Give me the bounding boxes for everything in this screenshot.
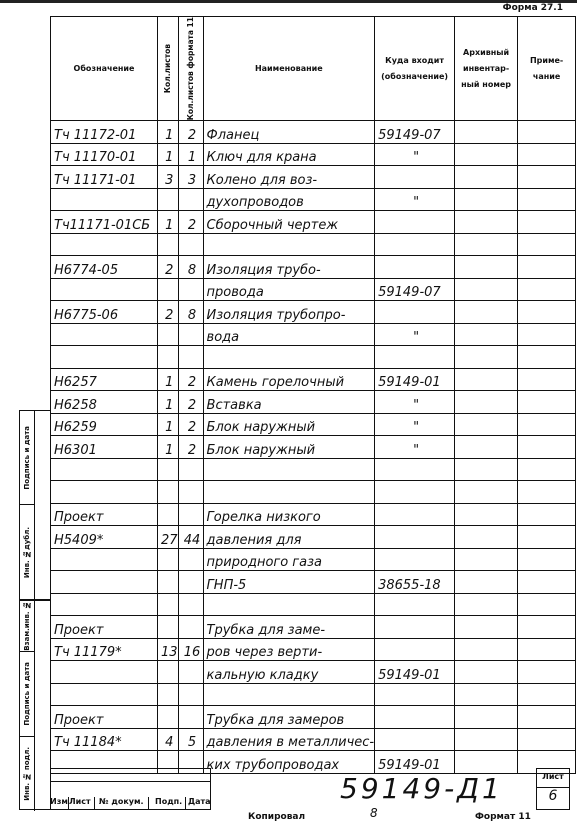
cell-designation — [51, 571, 158, 594]
side-label-replace-inv: Взам.инв. № — [20, 601, 35, 651]
cell-where-used — [375, 683, 455, 706]
cell-name — [203, 233, 375, 256]
table-row: Н6775-0628Изоляция трубопро- — [51, 301, 576, 324]
cell-format-sheets — [178, 458, 203, 481]
table-row: Тч 11172-0112Фланец59149-07 — [51, 121, 576, 144]
cell-sheets — [158, 278, 179, 301]
table-row: Н625812Вставка" — [51, 391, 576, 414]
table-row: ПроектГорелка низкого — [51, 503, 576, 526]
cell-sheets — [158, 683, 179, 706]
cell-designation: Проект — [51, 503, 158, 526]
cell-designation — [51, 346, 158, 369]
cell-name — [203, 683, 375, 706]
cell-designation — [51, 278, 158, 301]
cell-designation: Н6775-06 — [51, 301, 158, 324]
cell-designation: Н5409* — [51, 526, 158, 549]
table-row — [51, 683, 576, 706]
cell-designation: Тч11171-01СБ — [51, 211, 158, 234]
document-number: 59149-Д1 — [340, 772, 503, 805]
side-label-signature-date-2: Подпись и дата — [20, 651, 35, 736]
cell-name: духопроводов — [203, 188, 375, 211]
cell-archive-number — [455, 121, 518, 144]
cell-archive-number — [455, 593, 518, 616]
cell-format-sheets — [178, 571, 203, 594]
cell-designation: Тч 11179* — [51, 638, 158, 661]
cell-where-used — [375, 301, 455, 324]
table-header: Обозначение Кол.листов Кол.листов формат… — [51, 17, 576, 121]
cell-note — [518, 526, 576, 549]
cell-designation — [51, 683, 158, 706]
cell-where-used — [375, 728, 455, 751]
cell-archive-number — [455, 413, 518, 436]
cell-name: Изоляция трубопро- — [203, 301, 375, 324]
cell-note — [518, 706, 576, 729]
cell-archive-number — [455, 211, 518, 234]
cell-designation: Проект — [51, 616, 158, 639]
cell-designation: Н6257 — [51, 368, 158, 391]
cell-note — [518, 728, 576, 751]
cell-note — [518, 211, 576, 234]
cell-name: давления для — [203, 526, 375, 549]
cell-sheets: 1 — [158, 413, 179, 436]
table-row: кальную кладку59149-01 — [51, 661, 576, 684]
cell-sheets: 1 — [158, 121, 179, 144]
table-row: Тч 11170-0111Ключ для крана" — [51, 143, 576, 166]
cell-sheets: 4 — [158, 728, 179, 751]
cell-sheets — [158, 548, 179, 571]
cell-archive-number — [455, 616, 518, 639]
cell-format-sheets: 16 — [178, 638, 203, 661]
cell-note — [518, 121, 576, 144]
cell-sheets: 1 — [158, 143, 179, 166]
cell-name: Ключ для крана — [203, 143, 375, 166]
table-row: Н625712Камень горелочный59149-01 — [51, 368, 576, 391]
cell-designation — [51, 458, 158, 481]
cell-archive-number — [455, 436, 518, 459]
cell-format-sheets — [178, 188, 203, 211]
cell-format-sheets: 2 — [178, 413, 203, 436]
cell-format-sheets: 8 — [178, 301, 203, 324]
cell-sheets — [158, 593, 179, 616]
cell-archive-number — [455, 368, 518, 391]
cell-format-sheets: 2 — [178, 391, 203, 414]
cell-archive-number — [455, 458, 518, 481]
cell-archive-number — [455, 233, 518, 256]
cell-note — [518, 436, 576, 459]
cell-designation: Тч 11171-01 — [51, 166, 158, 189]
cell-name: провода — [203, 278, 375, 301]
cell-format-sheets — [178, 233, 203, 256]
cell-designation: Н6259 — [51, 413, 158, 436]
cell-where-used: " — [375, 323, 455, 346]
cell-format-sheets: 8 — [178, 256, 203, 279]
cell-sheets — [158, 706, 179, 729]
cell-note — [518, 323, 576, 346]
cell-name: Фланец — [203, 121, 375, 144]
table-row — [51, 481, 576, 504]
cell-format-sheets — [178, 616, 203, 639]
cell-sheets: 1 — [158, 211, 179, 234]
cell-archive-number — [455, 503, 518, 526]
table-row: духопроводов" — [51, 188, 576, 211]
cell-name — [203, 481, 375, 504]
header-name: Наименование — [203, 17, 375, 121]
cell-archive-number — [455, 638, 518, 661]
cell-sheets: 1 — [158, 436, 179, 459]
title-block: Изм Лист № докум. Подп. Дата 59149-Д1 Ли… — [50, 768, 570, 810]
cell-where-used — [375, 616, 455, 639]
cell-format-sheets — [178, 706, 203, 729]
cell-archive-number — [455, 323, 518, 346]
cell-archive-number — [455, 728, 518, 751]
table-row: природного газа — [51, 548, 576, 571]
cell-where-used: 59149-01 — [375, 661, 455, 684]
cell-note — [518, 278, 576, 301]
cell-where-used — [375, 638, 455, 661]
cell-note — [518, 481, 576, 504]
cell-sheets: 1 — [158, 391, 179, 414]
cell-name — [203, 593, 375, 616]
cell-name: давления в металличес- — [203, 728, 375, 751]
table-row: Н6774-0528Изоляция трубо- — [51, 256, 576, 279]
cell-where-used — [375, 346, 455, 369]
table-row: ПроектТрубка для замеров — [51, 706, 576, 729]
stamp-date: Дата — [185, 797, 210, 810]
cell-name: Блок наружный — [203, 436, 375, 459]
cell-where-used — [375, 526, 455, 549]
cell-note — [518, 368, 576, 391]
cell-sheets — [158, 503, 179, 526]
cell-where-used: 38655-18 — [375, 571, 455, 594]
stamp-list: Лист — [68, 797, 91, 810]
header-sheets: Кол.листов — [158, 17, 179, 121]
cell-note — [518, 503, 576, 526]
cell-archive-number — [455, 661, 518, 684]
cell-format-sheets — [178, 683, 203, 706]
cell-sheets: 1 — [158, 368, 179, 391]
cell-where-used — [375, 593, 455, 616]
stamp-sign: Подп. — [148, 797, 188, 810]
cell-designation: Тч 11184* — [51, 728, 158, 751]
cell-format-sheets — [178, 346, 203, 369]
cell-note — [518, 188, 576, 211]
table-row: провода59149-07 — [51, 278, 576, 301]
cell-sheets — [158, 481, 179, 504]
cell-name: Блок наружный — [203, 413, 375, 436]
cell-archive-number — [455, 143, 518, 166]
cell-note — [518, 413, 576, 436]
cell-designation — [51, 548, 158, 571]
cell-note — [518, 548, 576, 571]
cell-designation — [51, 323, 158, 346]
cell-name: ров через верти- — [203, 638, 375, 661]
cell-name: Вставка — [203, 391, 375, 414]
cell-format-sheets — [178, 503, 203, 526]
cell-format-sheets: 1 — [178, 143, 203, 166]
cell-where-used: 59149-07 — [375, 278, 455, 301]
cell-where-used — [375, 211, 455, 234]
cell-note — [518, 683, 576, 706]
cell-sheets: 27 — [158, 526, 179, 549]
cell-where-used — [375, 548, 455, 571]
table-row: Тч 11179*1316ров через верти- — [51, 638, 576, 661]
footer-format: Формат 11 — [475, 812, 531, 822]
cell-where-used — [375, 481, 455, 504]
cell-format-sheets — [178, 548, 203, 571]
table-row: Н625912Блок наружный" — [51, 413, 576, 436]
cell-archive-number — [455, 706, 518, 729]
header-format-sheets: Кол.листов формата 11 — [178, 17, 203, 121]
form-label: Форма 27.1 — [503, 3, 563, 13]
cell-format-sheets: 2 — [178, 368, 203, 391]
cell-where-used: " — [375, 143, 455, 166]
cell-name — [203, 346, 375, 369]
cell-designation: Тч 11170-01 — [51, 143, 158, 166]
table-row: Тч11171-01СБ12Сборочный чертеж — [51, 211, 576, 234]
cell-format-sheets: 2 — [178, 211, 203, 234]
cell-name: Трубка для заме- — [203, 616, 375, 639]
cell-note — [518, 638, 576, 661]
cell-format-sheets — [178, 593, 203, 616]
cell-designation — [51, 661, 158, 684]
cell-note — [518, 301, 576, 324]
cell-designation: Проект — [51, 706, 158, 729]
cell-name: природного газа — [203, 548, 375, 571]
cell-where-used — [375, 503, 455, 526]
stamp-doc-num: № докум. — [94, 797, 144, 810]
cell-sheets — [158, 616, 179, 639]
sheet-number: 6 — [536, 787, 570, 810]
cell-sheets: 3 — [158, 166, 179, 189]
cell-name — [203, 458, 375, 481]
cell-name: кальную кладку — [203, 661, 375, 684]
cell-note — [518, 571, 576, 594]
top-border — [0, 0, 577, 3]
cell-name: Трубка для замеров — [203, 706, 375, 729]
cell-name: вода — [203, 323, 375, 346]
stamp-izm: Изм — [50, 797, 68, 810]
cell-name: Сборочный чертеж — [203, 211, 375, 234]
cell-sheets — [158, 571, 179, 594]
cell-archive-number — [455, 346, 518, 369]
cell-name: ГНП-5 — [203, 571, 375, 594]
side-label-orig-inv: Инв. № подл. — [20, 736, 35, 811]
table-row: Н5409*2744давления для — [51, 526, 576, 549]
cell-format-sheets: 3 — [178, 166, 203, 189]
table-row: Тч 11184*45давления в металличес- — [51, 728, 576, 751]
cell-note — [518, 458, 576, 481]
cell-sheets: 2 — [158, 301, 179, 324]
table-row — [51, 458, 576, 481]
cell-archive-number — [455, 683, 518, 706]
cell-archive-number — [455, 278, 518, 301]
cell-format-sheets — [178, 278, 203, 301]
table-row — [51, 346, 576, 369]
cell-sheets — [158, 661, 179, 684]
cell-designation: Тч 11172-01 — [51, 121, 158, 144]
cell-sheets — [158, 233, 179, 256]
cell-designation — [51, 233, 158, 256]
sheet-label: Лист — [536, 768, 570, 788]
cell-sheets — [158, 346, 179, 369]
cell-designation — [51, 481, 158, 504]
cell-archive-number — [455, 526, 518, 549]
cell-where-used: " — [375, 413, 455, 436]
side-stamp-upper: Подпись и дата Инв. №дубл. — [19, 410, 51, 600]
cell-note — [518, 233, 576, 256]
cell-note — [518, 166, 576, 189]
cell-format-sheets — [178, 661, 203, 684]
side-label-dup-inv: Инв. №дубл. — [20, 504, 35, 601]
cell-note — [518, 616, 576, 639]
footer-copied: Копировал — [248, 812, 305, 822]
cell-format-sheets: 5 — [178, 728, 203, 751]
cell-where-used: " — [375, 391, 455, 414]
cell-name: Камень горелочный — [203, 368, 375, 391]
table-row — [51, 593, 576, 616]
table-row: Тч 11171-0133Колено для воз- — [51, 166, 576, 189]
cell-format-sheets — [178, 481, 203, 504]
cell-designation: Н6301 — [51, 436, 158, 459]
cell-note — [518, 391, 576, 414]
cell-where-used: 59149-07 — [375, 121, 455, 144]
cell-name: Изоляция трубо- — [203, 256, 375, 279]
side-label-signature-date: Подпись и дата — [20, 411, 35, 504]
cell-sheets: 2 — [158, 256, 179, 279]
cell-designation — [51, 593, 158, 616]
table-row: вода" — [51, 323, 576, 346]
table-row: ПроектТрубка для заме- — [51, 616, 576, 639]
cell-note — [518, 256, 576, 279]
cell-archive-number — [455, 188, 518, 211]
cell-name: Горелка низкого — [203, 503, 375, 526]
cell-designation: Н6774-05 — [51, 256, 158, 279]
cell-where-used — [375, 458, 455, 481]
header-designation: Обозначение — [51, 17, 158, 121]
specification-table: Обозначение Кол.листов Кол.листов формат… — [50, 16, 576, 774]
cell-note — [518, 593, 576, 616]
cell-sheets: 13 — [158, 638, 179, 661]
cell-where-used — [375, 256, 455, 279]
cell-archive-number — [455, 256, 518, 279]
side-stamp-lower: Взам.инв. № Подпись и дата Инв. № подл. — [19, 600, 51, 810]
cell-name: Колено для воз- — [203, 166, 375, 189]
cell-archive-number — [455, 301, 518, 324]
cell-where-used — [375, 233, 455, 256]
cell-where-used: 59149-01 — [375, 368, 455, 391]
cell-where-used — [375, 166, 455, 189]
footer-mark: 8 — [370, 806, 378, 820]
cell-format-sheets — [178, 323, 203, 346]
header-where-used: Куда входит (обозначение) — [375, 17, 455, 121]
table-row: Н630112Блок наружный" — [51, 436, 576, 459]
cell-format-sheets: 2 — [178, 436, 203, 459]
cell-archive-number — [455, 571, 518, 594]
cell-archive-number — [455, 166, 518, 189]
cell-sheets — [158, 188, 179, 211]
cell-archive-number — [455, 391, 518, 414]
cell-note — [518, 661, 576, 684]
cell-where-used: " — [375, 188, 455, 211]
cell-format-sheets: 2 — [178, 121, 203, 144]
table-row: ГНП-538655-18 — [51, 571, 576, 594]
cell-note — [518, 143, 576, 166]
cell-archive-number — [455, 548, 518, 571]
header-archive-number: Архивный инвентар-ный номер — [455, 17, 518, 121]
cell-note — [518, 346, 576, 369]
table-row — [51, 233, 576, 256]
header-note: Приме-чание — [518, 17, 576, 121]
cell-designation: Н6258 — [51, 391, 158, 414]
cell-where-used: " — [375, 436, 455, 459]
cell-sheets — [158, 458, 179, 481]
cell-format-sheets: 44 — [178, 526, 203, 549]
cell-designation — [51, 188, 158, 211]
cell-where-used — [375, 706, 455, 729]
cell-sheets — [158, 323, 179, 346]
cell-archive-number — [455, 481, 518, 504]
